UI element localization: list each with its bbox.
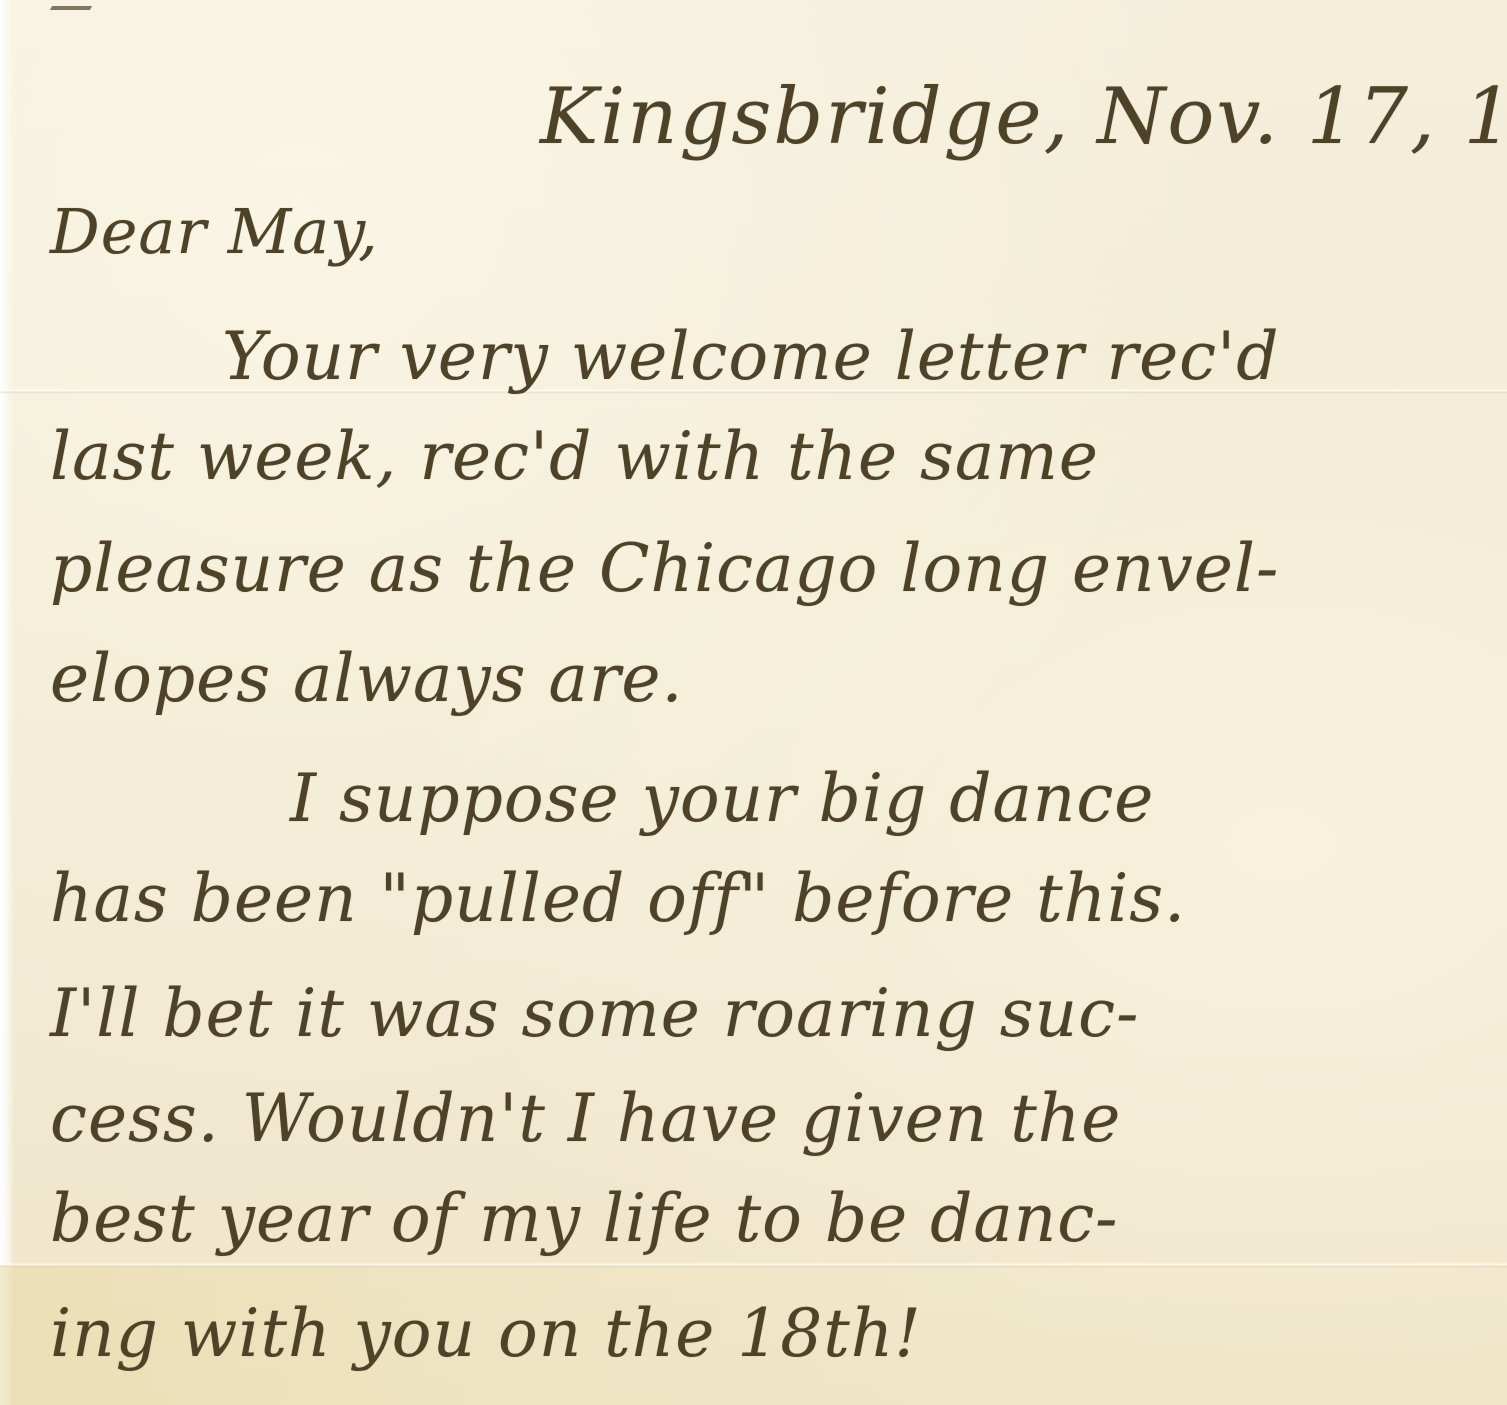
letter-line: pleasure as the Chicago long envel-	[50, 530, 1279, 607]
letter-page: Kingsbridge, Nov. 17, 1917 Dear May, You…	[0, 0, 1507, 1405]
ink-fragment-top	[50, 0, 100, 10]
paper-fold-line	[0, 1262, 1507, 1268]
letter-line: last week, rec'd with the same	[50, 418, 1099, 495]
letter-line: cess. Wouldn't I have given the	[50, 1080, 1121, 1157]
paper-left-edge	[0, 0, 14, 1405]
letter-line: I'll bet it was some roaring suc-	[50, 975, 1139, 1052]
letter-line: elopes always are.	[50, 640, 683, 717]
letter-line: I suppose your big dance	[290, 760, 1154, 837]
letter-dateline: Kingsbridge, Nov. 17, 1917	[540, 72, 1507, 162]
letter-line: ing with you on the 18th!	[50, 1295, 922, 1372]
letter-line: best year of my life to be danc-	[50, 1180, 1118, 1257]
letter-line: has been "pulled off" before this.	[50, 860, 1186, 937]
letter-salutation: Dear May,	[50, 195, 379, 268]
letter-line: Your very welcome letter rec'd	[222, 318, 1280, 395]
